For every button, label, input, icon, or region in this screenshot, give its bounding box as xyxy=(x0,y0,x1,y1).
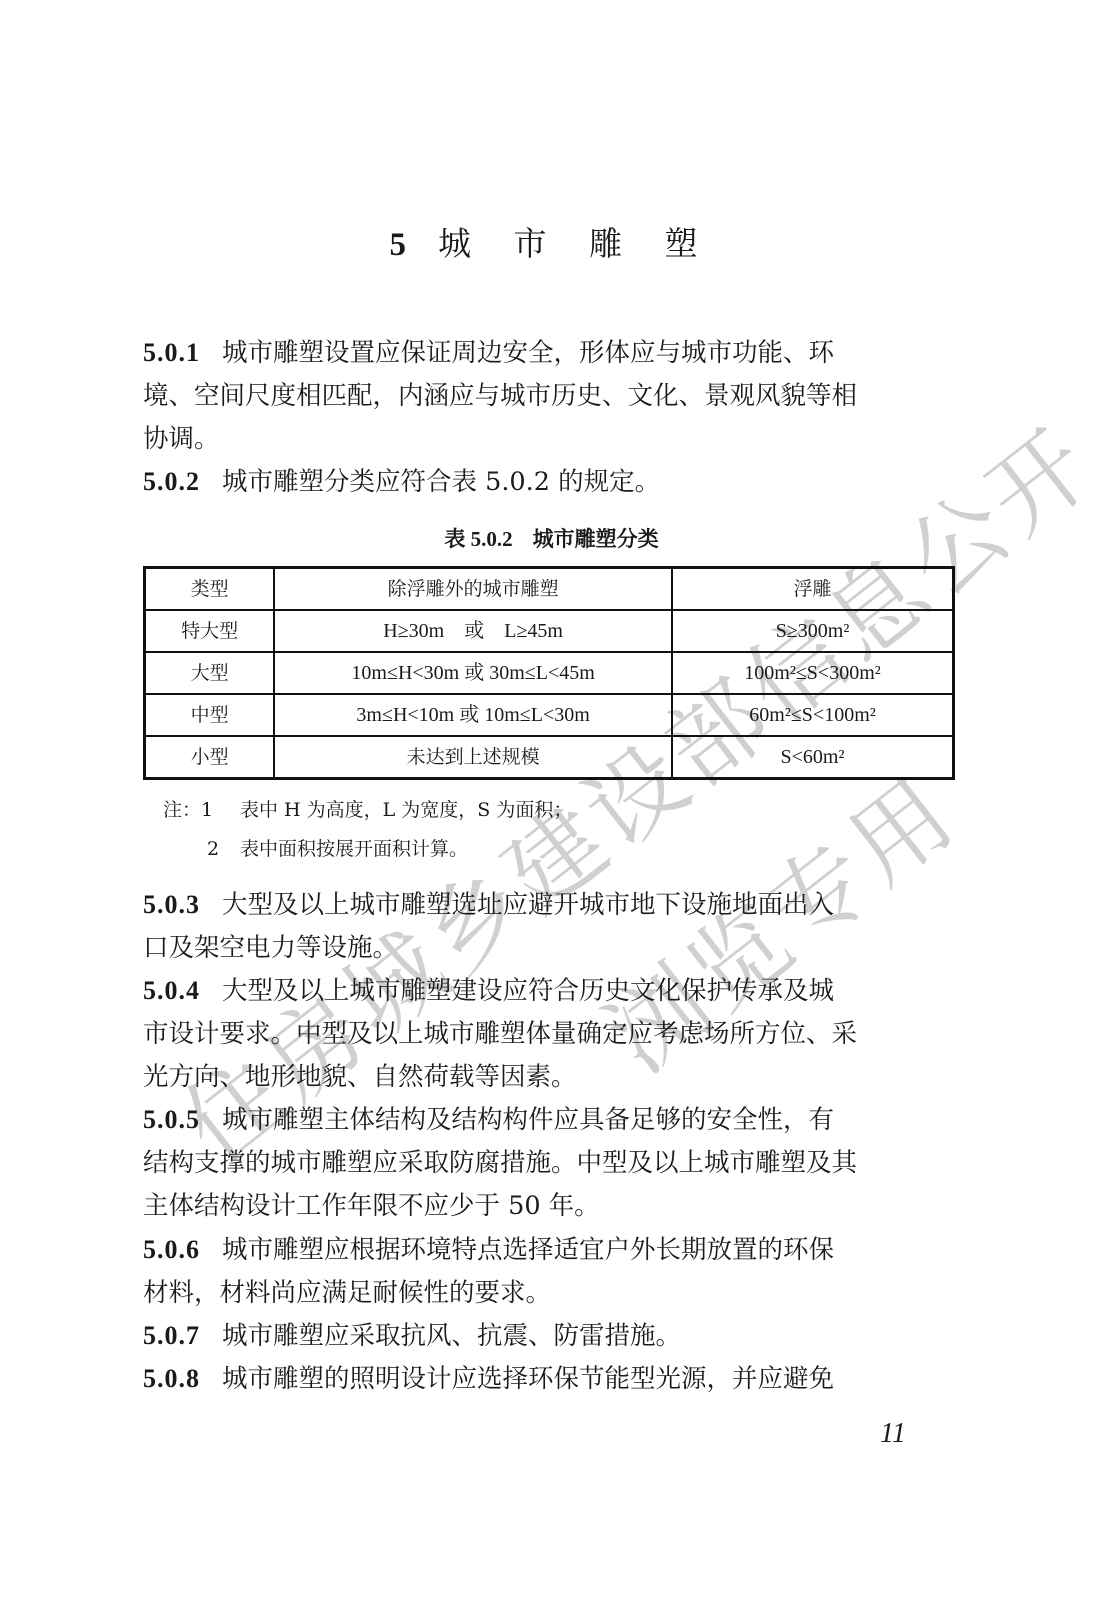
table-cell: 60m²≤S<100m² xyxy=(672,694,953,736)
clause-text-line: 城市雕塑应采取抗风、抗震、防雷措施。 xyxy=(222,1321,681,1351)
table-note-2-text: 表中面积按展开面积计算。 xyxy=(240,834,468,864)
chapter-number: 5 xyxy=(390,227,421,263)
document-page: 住房城乡建设部信息公开 浏览专用 5城 市 雕 塑 5.0.1城市雕塑设置应保证… xyxy=(0,0,1103,1598)
clause-text-line: 材料，材料尚应满足耐候性的要求。 xyxy=(143,1272,955,1315)
table-cell: 未达到上述规模 xyxy=(274,736,672,779)
clause-text-line: 城市雕塑主体结构及结构构件应具备足够的安全性，有 xyxy=(222,1105,834,1135)
clause-number: 5.0.1 xyxy=(143,338,200,367)
table-row: 小型 未达到上述规模 S<60m² xyxy=(145,736,954,779)
table-row: 中型 3m≤H<10m 或 10m≤L<30m 60m²≤S<100m² xyxy=(145,694,954,736)
sculpture-classification-table: 类型 除浮雕外的城市雕塑 浮雕 特大型 H≥30m 或 L≥45m S≥300m… xyxy=(143,566,955,780)
clause-number: 5.0.4 xyxy=(143,976,200,1005)
table-cell: 大型 xyxy=(145,652,275,694)
clause-5-0-4: 5.0.4大型及以上城市雕塑建设应符合历史文化保护传承及城 市设计要求。中型及以… xyxy=(143,969,955,1099)
table-cell: 100m²≤S<300m² xyxy=(672,652,953,694)
table-header-cell: 除浮雕外的城市雕塑 xyxy=(274,568,672,611)
table-header-row: 类型 除浮雕外的城市雕塑 浮雕 xyxy=(145,568,954,611)
note-label: 注： xyxy=(163,799,201,821)
clause-text-line: 结构支撑的城市雕塑应采取防腐措施。中型及以上城市雕塑及其 xyxy=(143,1142,955,1185)
table-caption-title: 城市雕塑分类 xyxy=(533,526,659,551)
chapter-title: 5城 市 雕 塑 xyxy=(0,222,1103,267)
clause-5-0-5: 5.0.5城市雕塑主体结构及结构构件应具备足够的安全性，有 结构支撑的城市雕塑应… xyxy=(143,1098,955,1228)
clause-text-line: 市设计要求。中型及以上城市雕塑体量确定应考虑场所方位、采 xyxy=(143,1013,955,1056)
page-number: 11 xyxy=(880,1418,906,1450)
clause-number: 5.0.6 xyxy=(143,1235,200,1264)
clause-5-0-1: 5.0.1城市雕塑设置应保证周边安全，形体应与城市功能、环 境、空间尺度相匹配，… xyxy=(143,331,955,461)
clause-text-line: 协调。 xyxy=(143,418,955,461)
clause-number: 5.0.7 xyxy=(143,1321,200,1350)
clause-text-line: 境、空间尺度相匹配，内涵应与城市历史、文化、景观风貌等相 xyxy=(143,375,955,418)
table-cell: S≥300m² xyxy=(672,610,953,652)
clause-text-line: 大型及以上城市雕塑建设应符合历史文化保护传承及城 xyxy=(222,976,834,1006)
table-row: 特大型 H≥30m 或 L≥45m S≥300m² xyxy=(145,610,954,652)
note-number: 1 xyxy=(201,799,213,821)
clause-number: 5.0.5 xyxy=(143,1105,200,1134)
note-number: 2 xyxy=(207,834,219,864)
clause-5-0-6: 5.0.6城市雕塑应根据环境特点选择适宜户外长期放置的环保 材料，材料尚应满足耐… xyxy=(143,1228,955,1315)
clause-number: 5.0.3 xyxy=(143,890,200,919)
table-cell: 中型 xyxy=(145,694,275,736)
clause-5-0-7: 5.0.7城市雕塑应采取抗风、抗震、防雷措施。 xyxy=(143,1314,955,1358)
clause-text-line: 城市雕塑分类应符合表 5.0.2 的规定。 xyxy=(222,467,660,497)
table-note-1: 注：1 xyxy=(163,795,213,825)
clause-text-line: 城市雕塑设置应保证周边安全，形体应与城市功能、环 xyxy=(222,338,834,368)
clause-text-line: 主体结构设计工作年限不应少于 50 年。 xyxy=(143,1185,955,1228)
clause-text-line: 大型及以上城市雕塑选址应避开城市地下设施地面出入 xyxy=(222,890,834,920)
table-cell: 3m≤H<10m 或 10m≤L<30m xyxy=(274,694,672,736)
clause-5-0-8: 5.0.8城市雕塑的照明设计应选择环保节能型光源，并应避免 xyxy=(143,1357,955,1401)
clause-text-line: 城市雕塑的照明设计应选择环保节能型光源，并应避免 xyxy=(222,1364,834,1394)
table-cell: H≥30m 或 L≥45m xyxy=(274,610,672,652)
clause-number: 5.0.8 xyxy=(143,1364,200,1393)
table-row: 大型 10m≤H<30m 或 30m≤L<45m 100m²≤S<300m² xyxy=(145,652,954,694)
clause-5-0-2: 5.0.2城市雕塑分类应符合表 5.0.2 的规定。 xyxy=(143,460,955,504)
table-header-cell: 浮雕 xyxy=(672,568,953,611)
clause-text-line: 光方向、地形地貌、自然荷载等因素。 xyxy=(143,1056,955,1099)
table-note-1-text: 表中 H 为高度，L 为宽度，S 为面积； xyxy=(240,795,572,825)
chapter-title-text: 城 市 雕 塑 xyxy=(438,224,713,263)
table-header-cell: 类型 xyxy=(145,568,275,611)
clause-5-0-3: 5.0.3大型及以上城市雕塑选址应避开城市地下设施地面出入 口及架空电力等设施。 xyxy=(143,883,955,970)
table-caption-number: 表 5.0.2 xyxy=(444,527,512,551)
table-cell: S<60m² xyxy=(672,736,953,779)
table-cell: 10m≤H<30m 或 30m≤L<45m xyxy=(274,652,672,694)
table-cell: 特大型 xyxy=(145,610,275,652)
table-cell: 小型 xyxy=(145,736,275,779)
clause-text-line: 口及架空电力等设施。 xyxy=(143,927,955,970)
clause-number: 5.0.2 xyxy=(143,467,200,496)
table-caption: 表 5.0.2城市雕塑分类 xyxy=(0,522,1103,556)
clause-text-line: 城市雕塑应根据环境特点选择适宜户外长期放置的环保 xyxy=(222,1235,834,1265)
